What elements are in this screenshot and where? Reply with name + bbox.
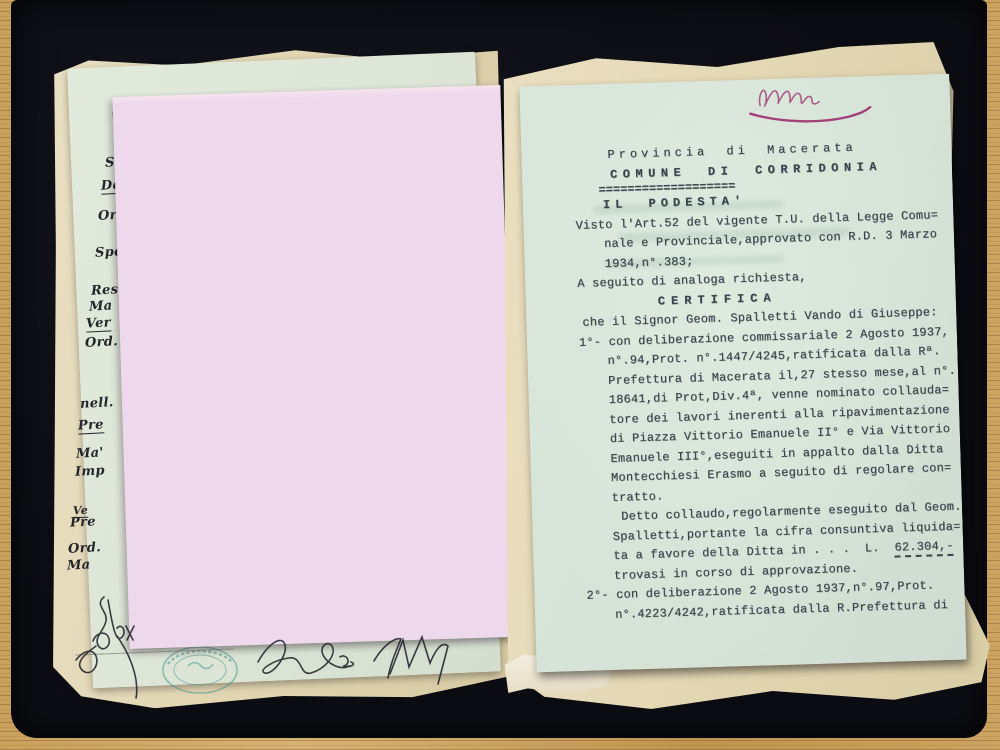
photo-of-archival-documents: Ul Sig. Dep Ord. Spe Res Ma Ver Ord. nel… bbox=[0, 0, 1000, 750]
liquidation-amount: 62.304,- bbox=[894, 539, 954, 558]
typewritten-certificate-page: Provincia di Macerata COMUNE DI CORRIDON… bbox=[519, 74, 966, 672]
pink-cover-sheet bbox=[112, 85, 517, 649]
typewritten-text-block: Provincia di Macerata COMUNE DI CORRIDON… bbox=[573, 136, 939, 625]
